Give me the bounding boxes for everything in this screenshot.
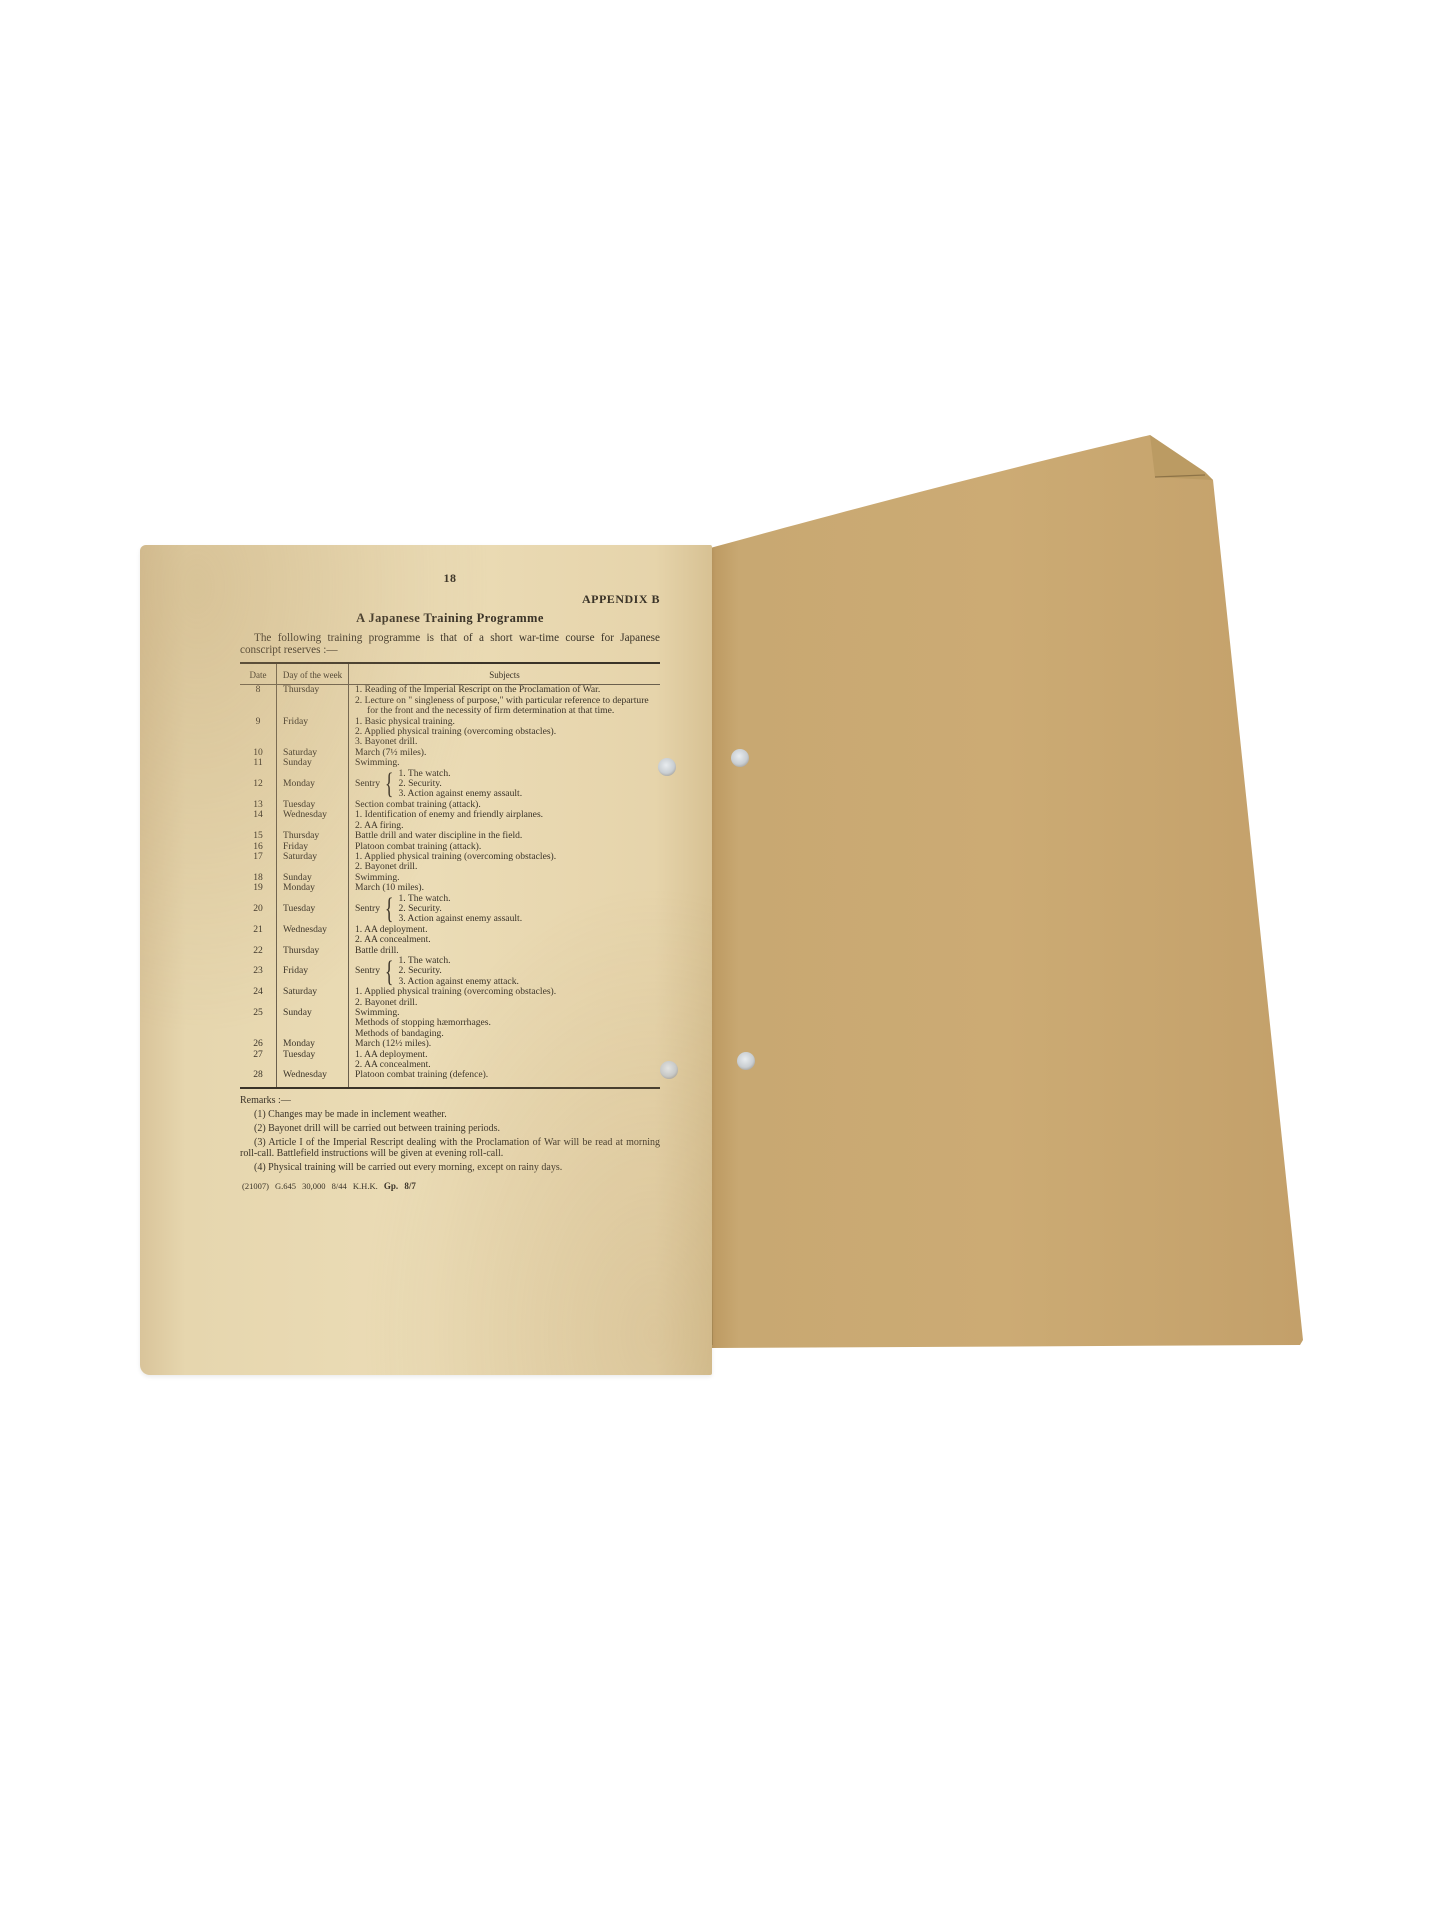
row-subjects: 1. Reading of the Imperial Rescript on t… [349,685,661,717]
row-subjects: Swimming.Methods of stopping hæmorrhages… [349,1008,661,1039]
punch-hole-top-left [658,758,676,776]
table-row: 14Wednesday1. Identification of enemy an… [240,810,660,831]
row-day: Wednesday [277,925,349,946]
row-day: Saturday [277,852,349,873]
row-date: 20 [240,894,277,925]
table-row: 27Tuesday1. AA deployment.2. AA concealm… [240,1050,660,1071]
table-row: 24Saturday1. Applied physical training (… [240,987,660,1008]
subject-item: March (7½ miles). [355,748,657,758]
row-date: 19 [240,883,277,893]
table-row: 28WednesdayPlatoon combat training (defe… [240,1070,660,1087]
row-day: Saturday [277,987,349,1008]
punch-hole-bottom-right [737,1052,755,1070]
remark-item: (2) Bayonet drill will be carried out be… [240,1123,660,1134]
training-table: Date Day of the week Subjects 8Thursday1… [240,662,660,1089]
row-day: Wednesday [277,810,349,831]
row-day: Thursday [277,946,349,956]
brace-glyph: { [385,770,394,798]
row-date: 8 [240,685,277,717]
row-date: 24 [240,987,277,1008]
row-date: 22 [240,946,277,956]
remark-item: (3) Article I of the Imperial Rescript d… [240,1137,660,1159]
punch-hole-bottom-left [660,1061,678,1079]
row-day: Tuesday [277,1050,349,1071]
header-date: Date [240,663,277,685]
row-day: Friday [277,717,349,748]
row-date: 15 [240,831,277,841]
row-date: 9 [240,717,277,748]
row-date: 28 [240,1070,277,1087]
row-subjects: 1. AA deployment.2. AA concealment. [349,1050,661,1071]
table-row: 25SundaySwimming.Methods of stopping hæm… [240,1008,660,1039]
subject-item: Battle drill and water discipline in the… [355,831,657,841]
row-subjects: Platoon combat training (defence). [349,1070,661,1087]
row-subjects: 1. AA deployment.2. AA concealment. [349,925,661,946]
page-title: A Japanese Training Programme [240,611,660,626]
row-date: 17 [240,852,277,873]
sentry-label: Sentry [355,966,380,976]
row-date: 11 [240,758,277,768]
row-date: 21 [240,925,277,946]
header-day: Day of the week [277,663,349,685]
row-subjects: 1. Identification of enemy and friendly … [349,810,661,831]
subject-item: March (10 miles). [355,883,657,893]
row-date: 12 [240,769,277,800]
row-subjects: 1. Applied physical training (overcoming… [349,852,661,873]
sentry-label: Sentry [355,779,380,789]
printer-imprint: (21007) G.645 30,000 8/44 K.H.K. Gp. 8/7 [242,1181,660,1191]
row-day: Thursday [277,685,349,717]
intro-paragraph: The following training programme is that… [240,632,660,656]
brace-glyph: { [385,958,394,986]
page-number: 18 [240,571,660,586]
row-date: 27 [240,1050,277,1071]
row-date: 14 [240,810,277,831]
table-row: 21Wednesday1. AA deployment.2. AA concea… [240,925,660,946]
appendix-label: APPENDIX B [240,592,660,607]
table-row: 17Saturday1. Applied physical training (… [240,852,660,873]
table-row: 23FridaySentry{1. The watch.2. Security.… [240,956,660,987]
row-date: 25 [240,1008,277,1039]
remarks: Remarks :— (1) Changes may be made in in… [240,1095,660,1173]
table-row: 15ThursdayBattle drill and water discipl… [240,831,660,841]
remarks-heading: Remarks :— [240,1095,660,1106]
table-body: 8Thursday1. Reading of the Imperial Resc… [240,685,660,1088]
row-subjects: Sentry{1. The watch.2. Security.3. Actio… [349,894,661,925]
remark-item: (4) Physical training will be carried ou… [240,1162,660,1173]
row-subjects: Sentry{1. The watch.2. Security.3. Actio… [349,956,661,987]
subject-item: 2. Lecture on " singleness of purpose," … [355,696,657,717]
row-subjects: Sentry{1. The watch.2. Security.3. Actio… [349,769,661,800]
brace-glyph: { [385,895,394,923]
row-day: Thursday [277,831,349,841]
subject-item: 2. Bayonet drill. [355,862,657,872]
row-day: Sunday [277,758,349,768]
left-page: 18 APPENDIX B A Japanese Training Progra… [140,545,712,1375]
table-row: 12MondaySentry{1. The watch.2. Security.… [240,769,660,800]
subject-item: 2. Bayonet drill. [355,998,657,1008]
row-subjects: Swimming. [349,758,661,768]
page-content: 18 APPENDIX B A Japanese Training Progra… [240,571,660,1191]
row-day: Sunday [277,1008,349,1039]
row-day: Monday [277,883,349,893]
row-subjects: March (10 miles). [349,883,661,893]
imprint-code: (21007) G.645 30,000 8/44 K.H.K. [242,1181,378,1191]
row-day: Friday [277,956,349,987]
sentry-label: Sentry [355,904,380,914]
table-row: 9Friday1. Basic physical training.2. App… [240,717,660,748]
table-row: 20TuesdaySentry{1. The watch.2. Security… [240,894,660,925]
row-subjects: Battle drill and water discipline in the… [349,831,661,841]
subject-item: Platoon combat training (defence). [355,1070,657,1080]
imprint-group: Gp. 8/7 [384,1181,416,1191]
remark-item: (1) Changes may be made in inclement wea… [240,1109,660,1120]
table-row: 19MondayMarch (10 miles). [240,883,660,893]
row-day: Monday [277,769,349,800]
row-subjects: 1. Basic physical training.2. Applied ph… [349,717,661,748]
row-subjects: 1. Applied physical training (overcoming… [349,987,661,1008]
punch-hole-top-right [731,749,749,767]
row-day: Tuesday [277,894,349,925]
subject-item: 2. AA concealment. [355,935,657,945]
row-date: 23 [240,956,277,987]
table-row: 8Thursday1. Reading of the Imperial Resc… [240,685,660,717]
header-subjects: Subjects [349,663,661,685]
row-subjects: Battle drill. [349,946,661,956]
row-day: Wednesday [277,1070,349,1087]
